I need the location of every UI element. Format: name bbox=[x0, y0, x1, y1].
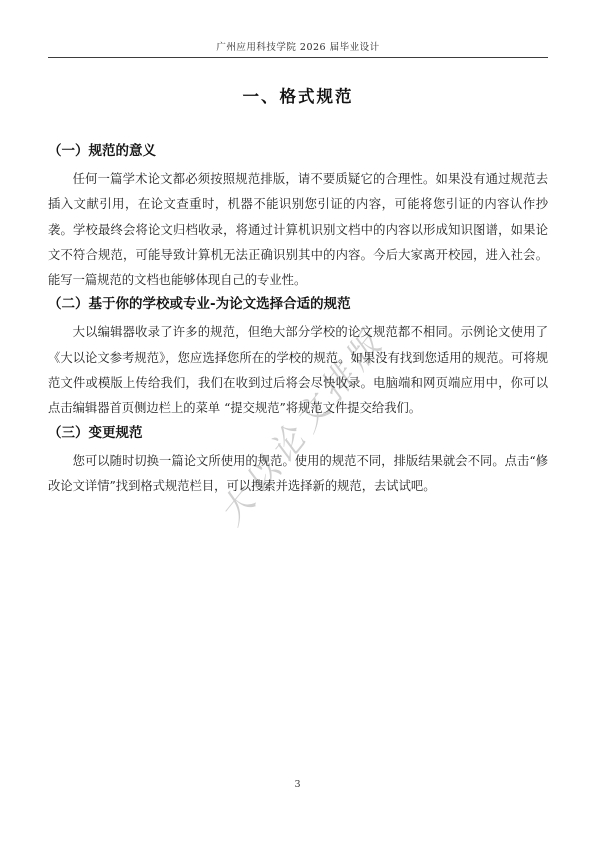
page-number: 3 bbox=[0, 779, 595, 790]
section-2: （二）基于你的学校或专业-为论文选择合适的规范 大以编辑器收录了许多的规范，但绝… bbox=[48, 295, 548, 421]
document-title: 一、格式规范 bbox=[48, 86, 548, 108]
section-1-paragraph: 任何一篇学术论文都必须按照规范排版，请不要质疑它的合理性。如果没有通过规范去插入… bbox=[48, 167, 548, 293]
section-1-heading: （一）规范的意义 bbox=[48, 142, 548, 161]
section-3: （三）变更规范 您可以随时切换一篇论文所使用的规范。使用的规范不同，排版结果就会… bbox=[48, 424, 548, 500]
section-3-heading: （三）变更规范 bbox=[48, 424, 548, 443]
document-page: 广州应用科技学院 2026 届毕业设计 大以论文排版 一、格式规范 （一）规范的… bbox=[0, 0, 595, 842]
section-2-heading: （二）基于你的学校或专业-为论文选择合适的规范 bbox=[48, 295, 548, 314]
section-1: （一）规范的意义 任何一篇学术论文都必须按照规范排版，请不要质疑它的合理性。如果… bbox=[48, 142, 548, 293]
page-content: 一、格式规范 （一）规范的意义 任何一篇学术论文都必须按照规范排版，请不要质疑它… bbox=[48, 86, 548, 499]
page-header: 广州应用科技学院 2026 届毕业设计 bbox=[48, 39, 548, 58]
section-3-paragraph: 您可以随时切换一篇论文所使用的规范。使用的规范不同，排版结果就会不同。点击“修改… bbox=[48, 449, 548, 500]
header-text: 广州应用科技学院 2026 届毕业设计 bbox=[216, 42, 379, 53]
section-2-paragraph: 大以编辑器收录了许多的规范，但绝大部分学校的论文规范都不相同。示例论文使用了《大… bbox=[48, 320, 548, 421]
